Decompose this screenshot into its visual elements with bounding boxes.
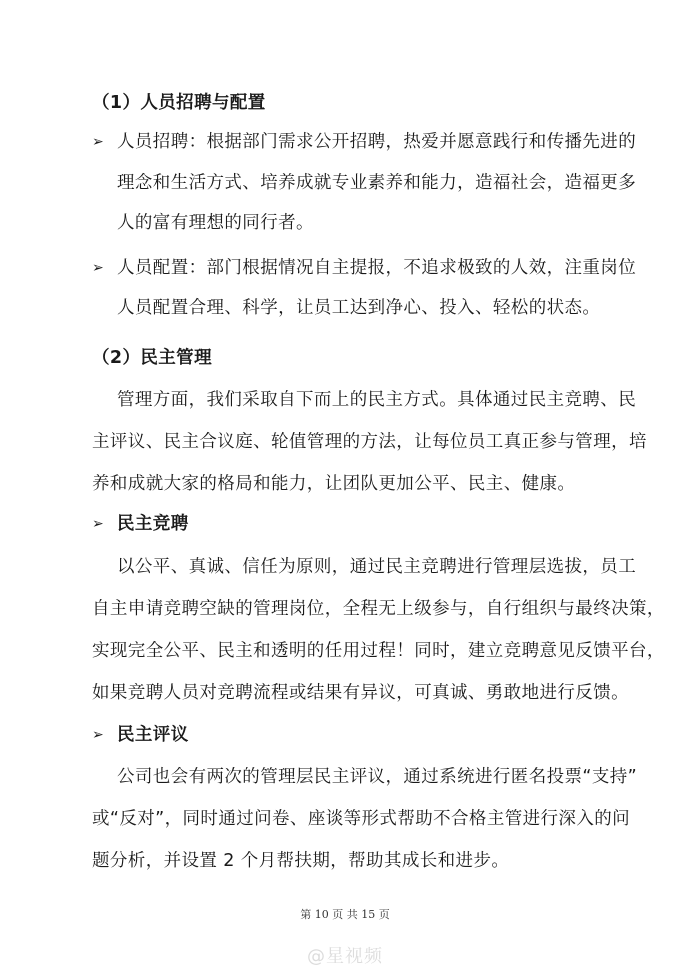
paragraph-line: 主评议、民主合议庭、轮值管理的方法，让每位员工真正参与管理，培 <box>92 430 647 454</box>
paragraph-line: 人的富有理想的同行者。 <box>117 211 314 235</box>
bullet-arrow-icon: ➢ <box>92 256 104 280</box>
paragraph-line: 人员配置：部门根据情况自主提报，不追求极致的人效，注重岗位 <box>117 256 636 280</box>
bullet-arrow-icon: ➢ <box>92 130 104 154</box>
paragraph-line: 养和成就大家的格局和能力，让团队更加公平、民主、健康。 <box>92 472 575 496</box>
paragraph-line: 人员配置合理、科学，让员工达到净心、投入、轻松的状态。 <box>117 296 600 320</box>
section-heading-recruitment: （1）人员招聘与配置 <box>92 91 266 115</box>
paragraph-line: 题分析，并设置 2 个月帮扶期，帮助其成长和进步。 <box>92 849 509 873</box>
paragraph-line: 实现完全公平、民主和透明的任用过程！同时，建立竞聘意见反馈平台， <box>92 639 665 663</box>
subsection-heading-review: 民主评议 <box>117 723 189 747</box>
paragraph-line: 或“反对”，同时通过问卷、座谈等形式帮助不合格主管进行深入的问 <box>92 807 630 831</box>
document-page: （1）人员招聘与配置 ➢ 人员招聘：根据部门需求公开招聘，热爱并愿意践行和传播先… <box>0 0 690 976</box>
paragraph-line: 理念和生活方式、培养成就专业素养和能力，造福社会，造福更多 <box>117 171 636 195</box>
watermark: @星视频 <box>0 942 690 968</box>
page-number: 第 10 页 共 15 页 <box>0 906 690 922</box>
paragraph-line: 自主申请竞聘空缺的管理岗位，全程无上级参与，自行组织与最终决策， <box>92 597 665 621</box>
bullet-arrow-icon: ➢ <box>92 723 104 747</box>
subsection-heading-election: 民主竞聘 <box>117 512 189 536</box>
paragraph-line: 如果竞聘人员对竞聘流程或结果有异议，可真诚、勇敢地进行反馈。 <box>92 681 629 705</box>
paragraph-line: 管理方面，我们采取自下而上的民主方式。具体通过民主竞聘、民 <box>117 388 636 412</box>
paragraph-line: 公司也会有两次的管理层民主评议，通过系统进行匿名投票“支持” <box>117 765 637 789</box>
paragraph-line: 人员招聘：根据部门需求公开招聘，热爱并愿意践行和传播先进的 <box>117 130 636 154</box>
bullet-arrow-icon: ➢ <box>92 512 104 536</box>
section-heading-democratic-management: （2）民主管理 <box>92 346 212 370</box>
paragraph-line: 以公平、真诚、信任为原则，通过民主竞聘进行管理层选拔，员工 <box>117 555 636 579</box>
